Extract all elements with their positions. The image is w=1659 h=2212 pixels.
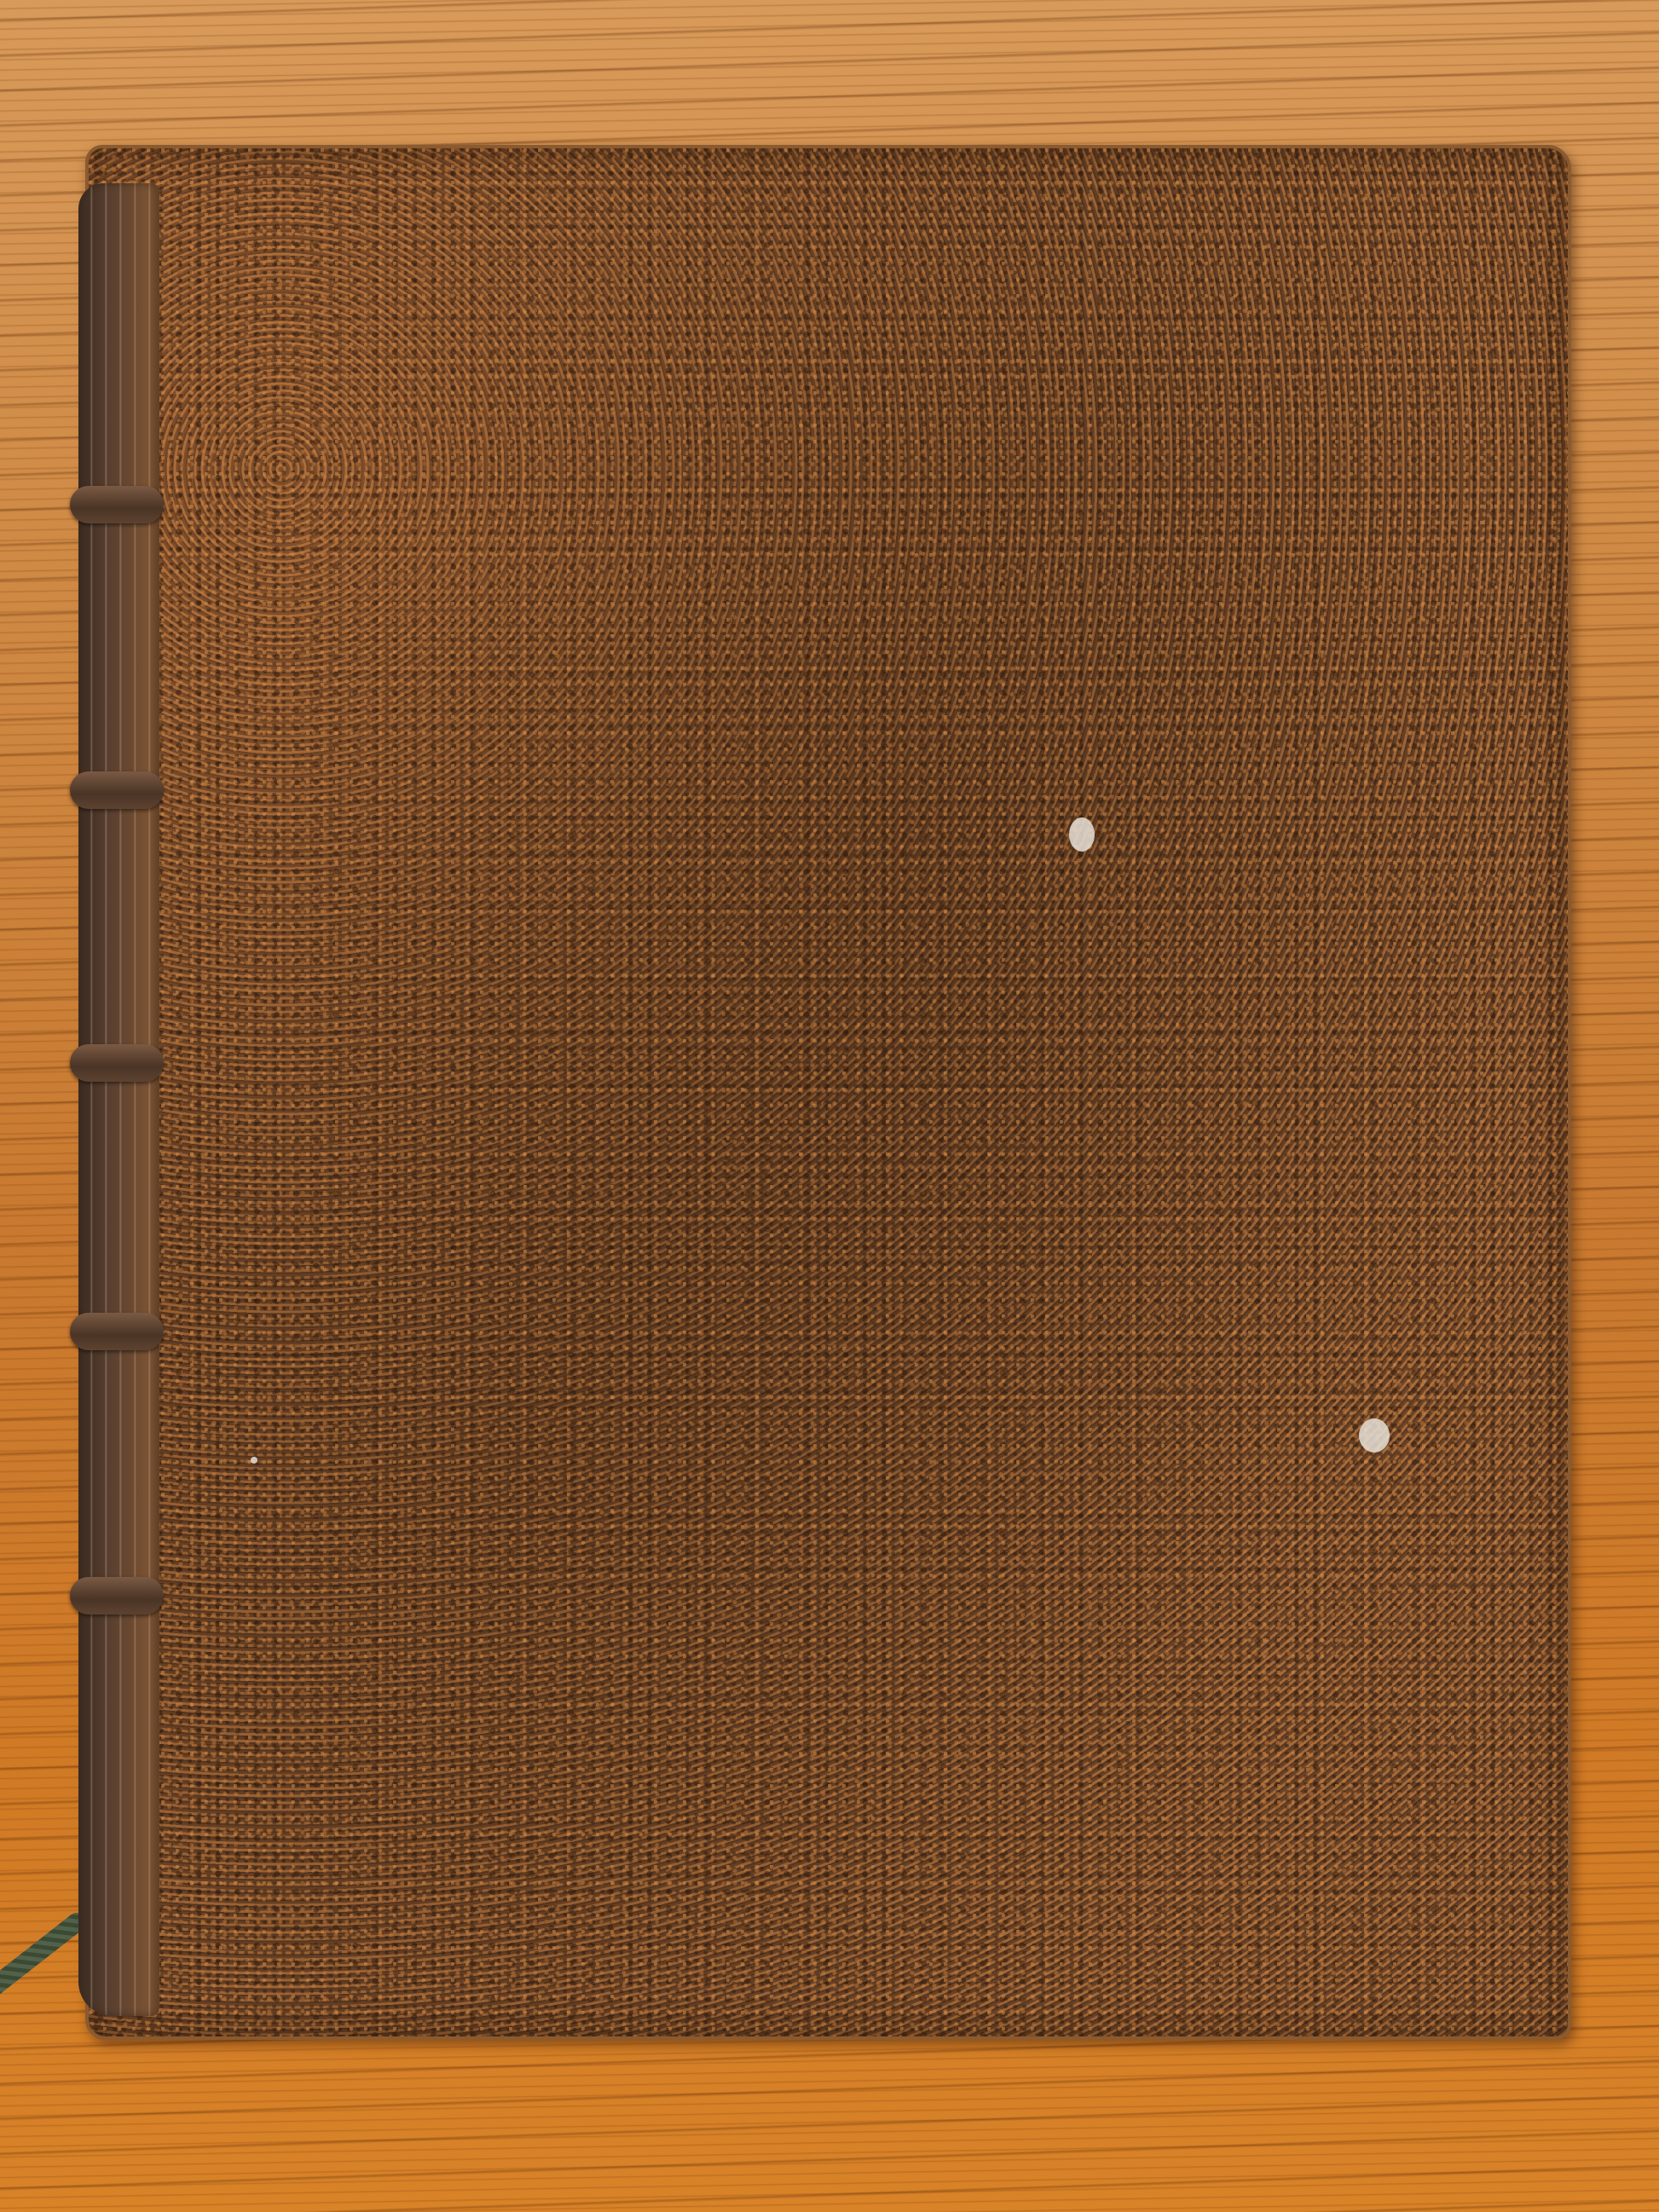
cover-scuff-mark xyxy=(1359,1418,1390,1453)
cover-scuff-mark xyxy=(251,1457,257,1464)
spine-raised-band xyxy=(70,1044,164,1082)
cover-scuff-mark xyxy=(1069,817,1095,852)
spine-raised-band xyxy=(70,1577,164,1614)
book-cover xyxy=(85,145,1571,2040)
spine-raised-band xyxy=(70,1313,164,1350)
cover-sprinkle-texture xyxy=(89,148,1568,2036)
book-spine xyxy=(78,183,159,2016)
spine-raised-band xyxy=(70,486,164,523)
spine-raised-band xyxy=(70,771,164,809)
